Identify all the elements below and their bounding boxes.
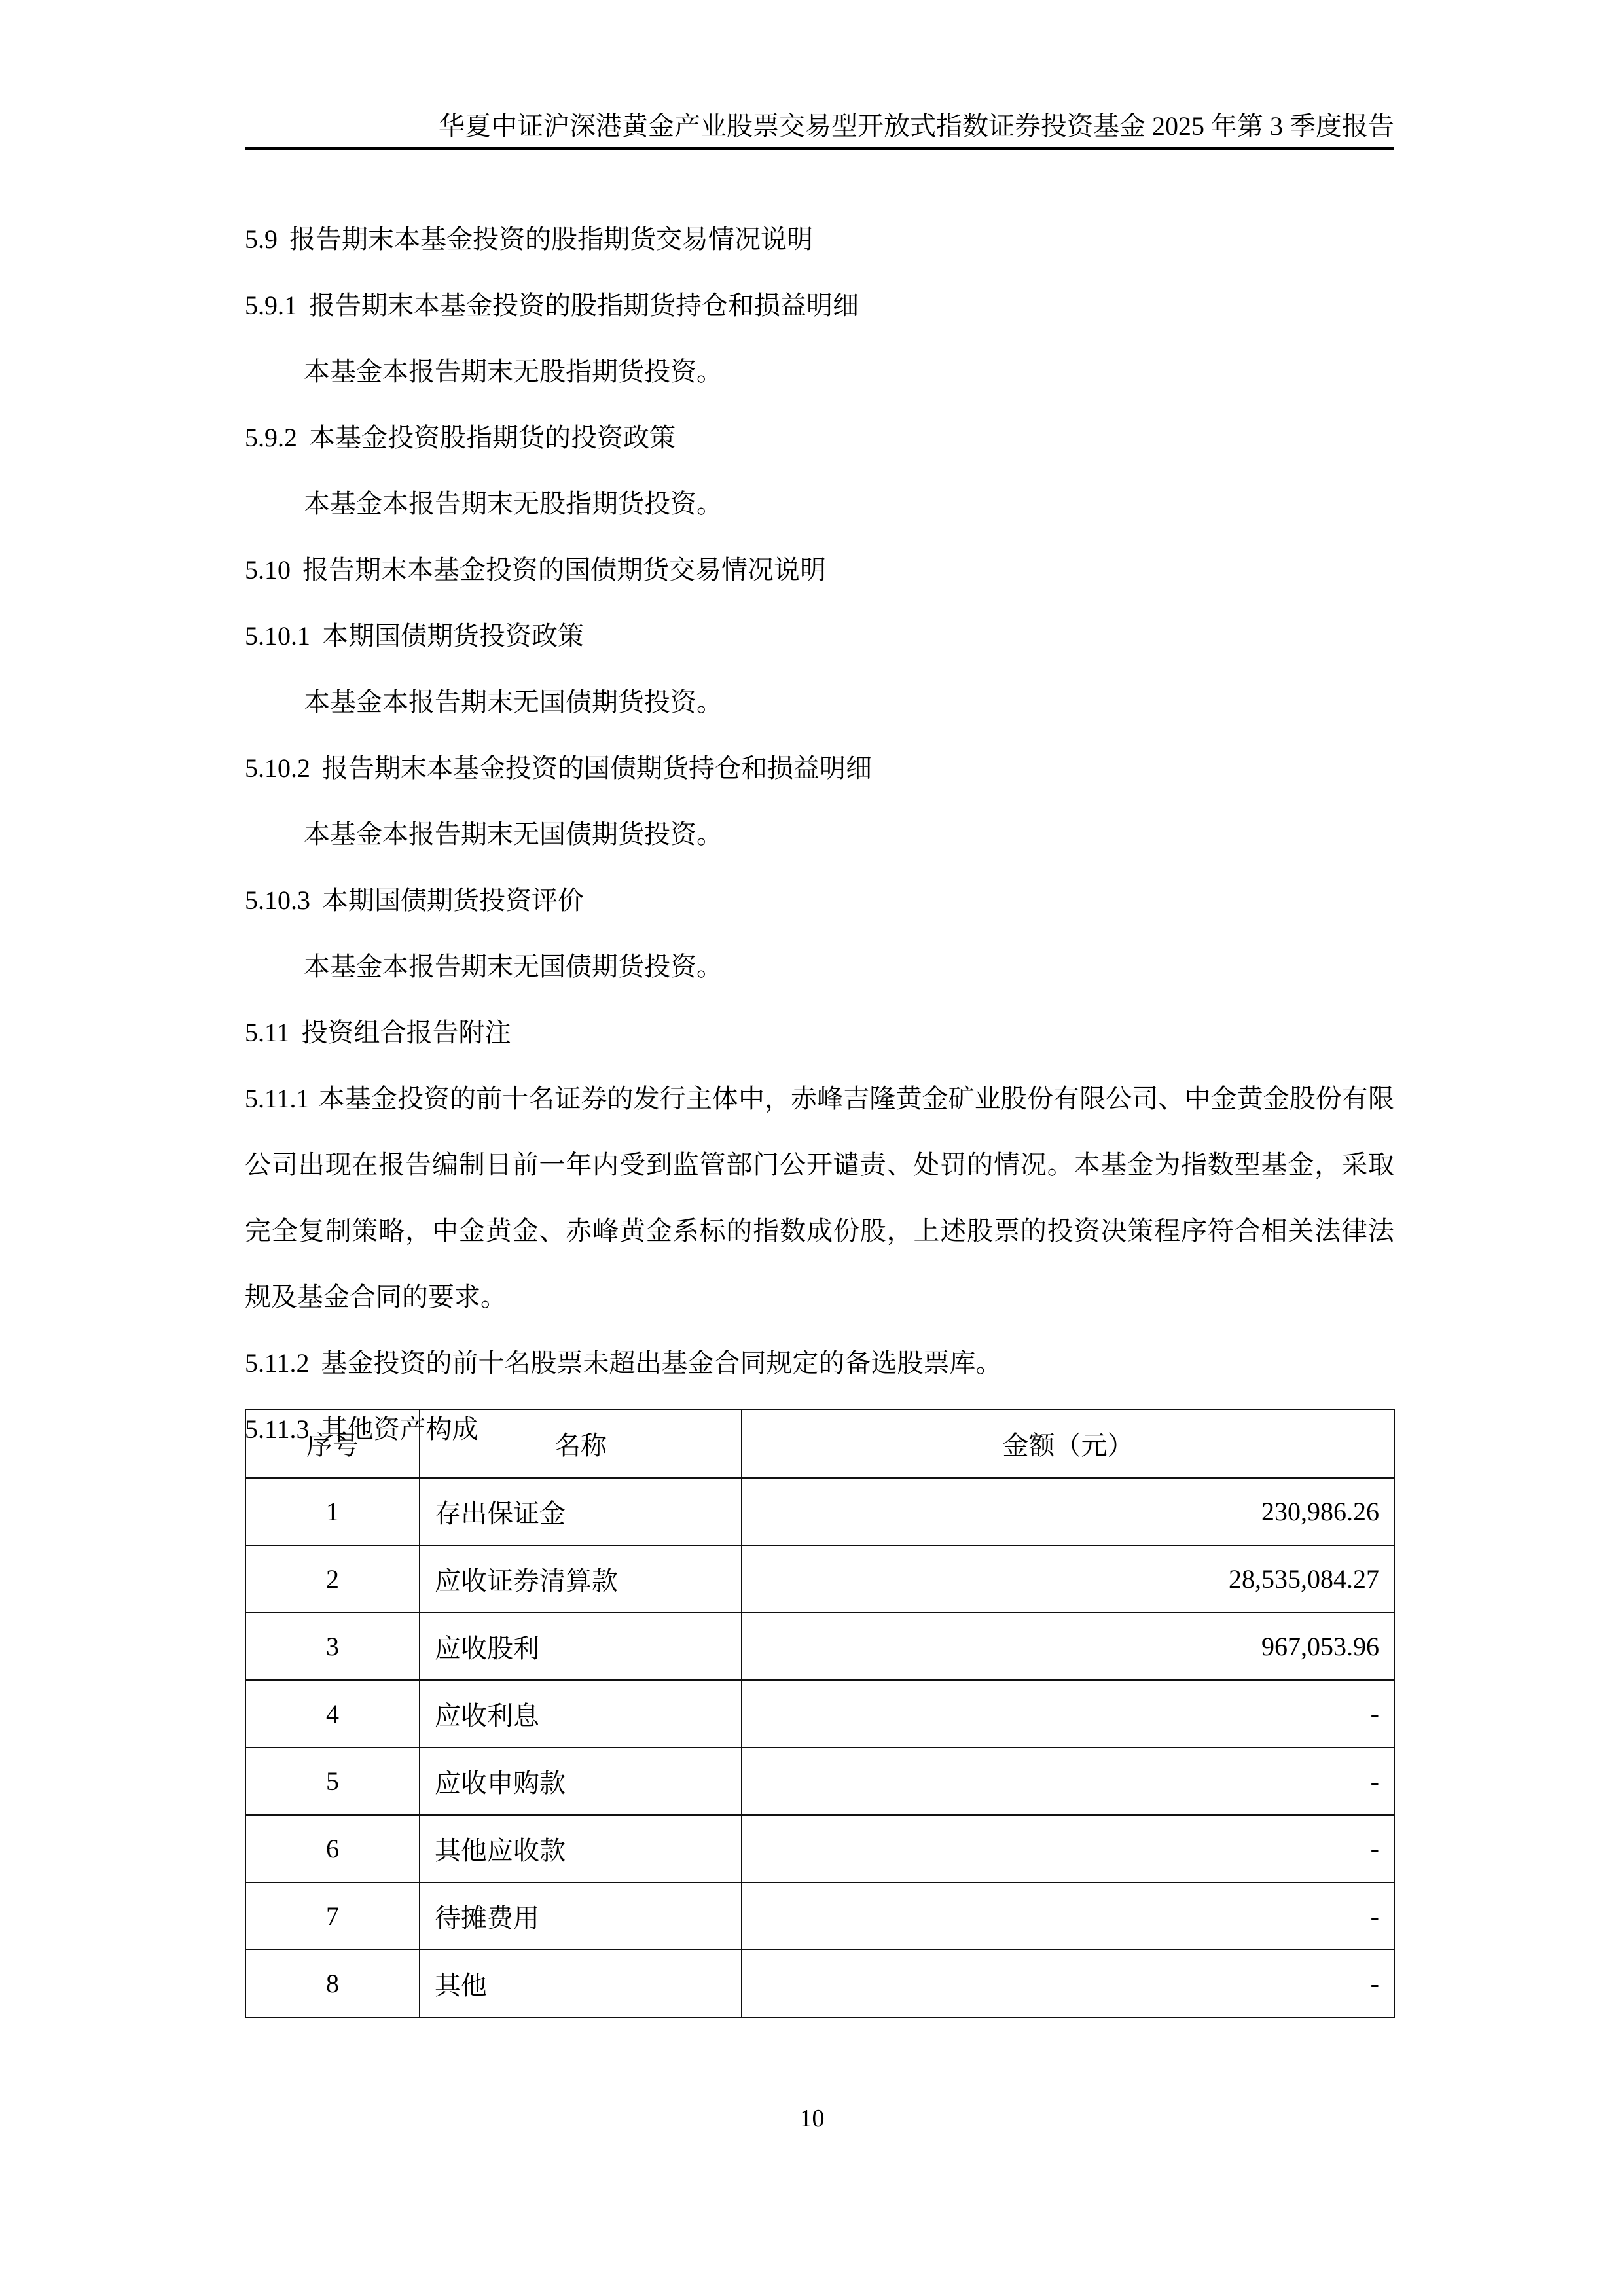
section-number: 5.11.2 bbox=[245, 1330, 310, 1396]
row-amount: 28,535,084.27 bbox=[742, 1545, 1394, 1613]
table-row: 8 其他 - bbox=[245, 1950, 1394, 2017]
row-index: 6 bbox=[245, 1815, 420, 1882]
table-row: 6 其他应收款 - bbox=[245, 1815, 1394, 1882]
row-index: 7 bbox=[245, 1882, 420, 1950]
section-number: 5.10.2 bbox=[245, 735, 310, 801]
body-text: 本基金本报告期末无国债期货投资。 bbox=[245, 801, 1394, 867]
heading-5-10-3: 5.10.3本期国债期货投资评价 bbox=[245, 867, 1394, 933]
table-row: 7 待摊费用 - bbox=[245, 1882, 1394, 1950]
report-header-title: 华夏中证沪深港黄金产业股票交易型开放式指数证券投资基金 2025 年第 3 季度… bbox=[245, 108, 1394, 145]
section-title: 本期国债期货投资政策 bbox=[322, 621, 584, 651]
section-number: 5.9.1 bbox=[245, 272, 297, 338]
heading-5-10-2: 5.10.2报告期末本基金投资的国债期货持仓和损益明细 bbox=[245, 735, 1394, 801]
section-title: 报告期末本基金投资的股指期货交易情况说明 bbox=[289, 224, 813, 254]
header-divider bbox=[245, 147, 1394, 150]
table-header-row: 序号 名称 金额（元） bbox=[245, 1410, 1394, 1478]
row-index: 5 bbox=[245, 1748, 420, 1815]
row-amount: - bbox=[742, 1882, 1394, 1950]
row-amount: 230,986.26 bbox=[742, 1478, 1394, 1546]
document-body: 5.9报告期末本基金投资的股指期货交易情况说明 5.9.1报告期末本基金投资的股… bbox=[245, 206, 1394, 1462]
table-row: 4 应收利息 - bbox=[245, 1680, 1394, 1748]
column-header-amount: 金额（元） bbox=[742, 1410, 1394, 1478]
section-number: 5.10 bbox=[245, 537, 291, 603]
other-assets-table: 序号 名称 金额（元） 1 存出保证金 230,986.26 2 应收证券清算款… bbox=[245, 1409, 1395, 2018]
row-index: 3 bbox=[245, 1613, 420, 1680]
row-name: 其他应收款 bbox=[420, 1815, 742, 1882]
row-name: 应收证券清算款 bbox=[420, 1545, 742, 1613]
heading-5-9: 5.9报告期末本基金投资的股指期货交易情况说明 bbox=[245, 206, 1394, 272]
row-amount: - bbox=[742, 1815, 1394, 1882]
section-title: 报告期末本基金投资的股指期货持仓和损益明细 bbox=[309, 291, 859, 320]
heading-5-10-1: 5.10.1本期国债期货投资政策 bbox=[245, 603, 1394, 669]
table-row: 5 应收申购款 - bbox=[245, 1748, 1394, 1815]
body-text: 本基金本报告期末无股指期货投资。 bbox=[245, 338, 1394, 404]
row-name: 应收申购款 bbox=[420, 1748, 742, 1815]
table-row: 1 存出保证金 230,986.26 bbox=[245, 1478, 1394, 1546]
body-text: 本基金本报告期末无国债期货投资。 bbox=[245, 933, 1394, 999]
table-row: 3 应收股利 967,053.96 bbox=[245, 1613, 1394, 1680]
section-title: 本期国债期货投资评价 bbox=[322, 886, 584, 915]
row-name: 存出保证金 bbox=[420, 1478, 742, 1546]
row-name: 待摊费用 bbox=[420, 1882, 742, 1950]
column-header-name: 名称 bbox=[420, 1410, 742, 1478]
row-index: 1 bbox=[245, 1478, 420, 1546]
row-name: 其他 bbox=[420, 1950, 742, 2017]
row-amount: - bbox=[742, 1680, 1394, 1748]
heading-5-10: 5.10报告期末本基金投资的国债期货交易情况说明 bbox=[245, 537, 1394, 603]
section-number: 5.11.1 bbox=[245, 1084, 310, 1113]
section-number: 5.10.1 bbox=[245, 603, 310, 669]
row-amount: - bbox=[742, 1748, 1394, 1815]
column-header-index: 序号 bbox=[245, 1410, 420, 1478]
note-5-11-1: 5.11.1本基金投资的前十名证券的发行主体中，赤峰吉隆黄金矿业股份有限公司、中… bbox=[245, 1066, 1394, 1330]
section-title: 报告期末本基金投资的国债期货持仓和损益明细 bbox=[322, 753, 872, 783]
body-text: 本基金本报告期末无国债期货投资。 bbox=[245, 669, 1394, 735]
page-number: 10 bbox=[0, 2102, 1624, 2135]
section-title: 本基金投资股指期货的投资政策 bbox=[309, 423, 676, 452]
row-name: 应收利息 bbox=[420, 1680, 742, 1748]
heading-5-9-1: 5.9.1报告期末本基金投资的股指期货持仓和损益明细 bbox=[245, 272, 1394, 338]
table-row: 2 应收证券清算款 28,535,084.27 bbox=[245, 1545, 1394, 1613]
row-index: 8 bbox=[245, 1950, 420, 2017]
section-title: 报告期末本基金投资的国债期货交易情况说明 bbox=[302, 555, 826, 584]
row-amount: 967,053.96 bbox=[742, 1613, 1394, 1680]
row-index: 4 bbox=[245, 1680, 420, 1748]
heading-5-9-2: 5.9.2本基金投资股指期货的投资政策 bbox=[245, 404, 1394, 471]
section-number: 5.11 bbox=[245, 999, 290, 1066]
heading-5-11: 5.11投资组合报告附注 bbox=[245, 999, 1394, 1066]
section-number: 5.9.2 bbox=[245, 404, 297, 471]
row-name: 应收股利 bbox=[420, 1613, 742, 1680]
row-amount: - bbox=[742, 1950, 1394, 2017]
body-text: 本基金本报告期末无股指期货投资。 bbox=[245, 471, 1394, 537]
note-text: 本基金投资的前十名证券的发行主体中，赤峰吉隆黄金矿业股份有限公司、中金黄金股份有… bbox=[245, 1084, 1394, 1312]
note-5-11-2: 5.11.2基金投资的前十名股票未超出基金合同规定的备选股票库。 bbox=[245, 1330, 1394, 1396]
section-number: 5.10.3 bbox=[245, 867, 310, 933]
section-number: 5.9 bbox=[245, 206, 278, 272]
section-title: 投资组合报告附注 bbox=[302, 1018, 511, 1047]
note-text: 基金投资的前十名股票未超出基金合同规定的备选股票库。 bbox=[321, 1348, 1002, 1378]
row-index: 2 bbox=[245, 1545, 420, 1613]
